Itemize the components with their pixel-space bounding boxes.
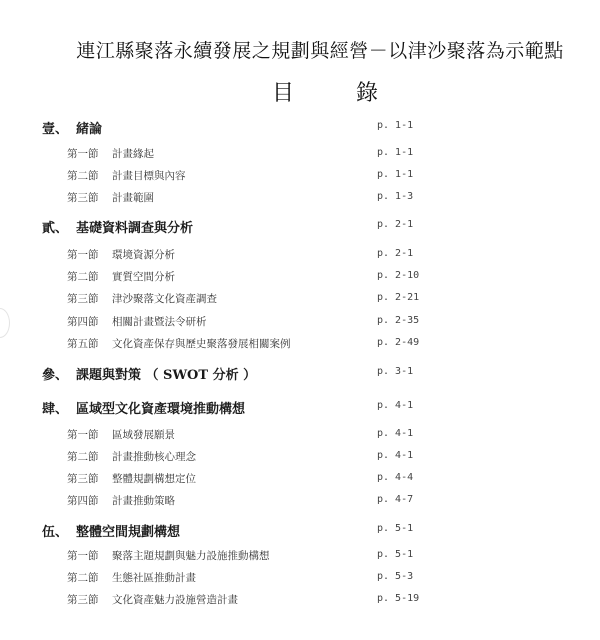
document-title: 連江縣聚落永續發展之規劃與經營－以津沙聚落為示範點 [0,36,600,63]
section-number: 第一節 [67,146,99,161]
toc-heading-char-1: 目 [272,76,294,107]
section-title: 計畫目標與內容 [112,168,186,183]
page-number: p. 2-1 [377,248,413,259]
section-title: 計畫推動核心理念 [112,449,196,464]
toc-section-entry: 第三節津沙聚落文化資產調查p. 2-21 [0,291,600,311]
toc-section-entry: 第一節區域發展願景p. 4-1 [0,427,600,447]
chapter-title: 課題與對策 （ SWOT 分析 ） [76,364,256,383]
page-number: p. 4-1 [377,400,413,411]
toc-section-entry: 第一節環境資源分析p. 2-1 [0,247,600,267]
section-number: 第四節 [67,493,99,508]
page-number: p. 2-1 [377,219,413,230]
section-title: 相關計畫暨法令研析 [112,314,207,329]
page-number: p. 2-21 [377,292,419,303]
section-number: 第三節 [67,291,99,306]
chapter-number: 伍、 [42,521,68,540]
toc-section-entry: 第三節計畫範圍p. 1-3 [0,190,600,210]
toc-heading-char-2: 錄 [356,76,378,107]
page-number: p. 1-1 [377,120,413,131]
section-title: 計畫範圍 [112,190,154,205]
section-number: 第二節 [67,168,99,183]
page-number: p. 1-1 [377,147,413,158]
section-number: 第一節 [67,548,99,563]
section-number: 第二節 [67,449,99,464]
chapter-number: 貳、 [42,217,68,236]
toc-section-entry: 第二節計畫推動核心理念p. 4-1 [0,449,600,469]
toc-section-entry: 第三節整體規劃構想定位p. 4-4 [0,471,600,491]
toc-chapter-entry: 參、課題與對策 （ SWOT 分析 ）p. 3-1 [0,364,600,384]
toc-section-entry: 第一節聚落主題規劃與魅力設施推動構想p. 5-1 [0,548,600,568]
toc-section-entry: 第四節計畫推動策略p. 4-7 [0,493,600,513]
toc-section-entry: 第二節實質空間分析p. 2-10 [0,269,600,289]
toc-chapter-entry: 貳、基礎資料調查與分析p. 2-1 [0,217,600,237]
section-title: 津沙聚落文化資產調查 [112,291,217,306]
section-title: 生態社區推動計畫 [112,570,196,585]
section-title: 文化資產保存與歷史聚落發展相關案例 [112,336,291,351]
page-number: p. 5-1 [377,549,413,560]
section-number: 第二節 [67,570,99,585]
page-number: p. 5-3 [377,571,413,582]
chapter-title: 緒論 [76,118,102,137]
page-number: p. 4-7 [377,494,413,505]
toc-section-entry: 第二節計畫目標與內容p. 1-1 [0,168,600,188]
chapter-number: 參、 [42,364,68,383]
page-number: p. 5-1 [377,523,413,534]
section-number: 第五節 [67,336,99,351]
page-number: p. 5-19 [377,593,419,604]
section-number: 第一節 [67,427,99,442]
toc-chapter-entry: 肆、區域型文化資產環境推動構想p. 4-1 [0,398,600,418]
section-number: 第四節 [67,314,99,329]
section-number: 第一節 [67,247,99,262]
toc-section-entry: 第四節相關計畫暨法令研析p. 2-35 [0,314,600,334]
toc-section-entry: 第二節生態社區推動計畫p. 5-3 [0,570,600,590]
section-number: 第三節 [67,471,99,486]
toc-section-entry: 第三節文化資產魅力設施營造計畫p. 5-19 [0,592,600,612]
chapter-number: 壹、 [42,118,68,137]
page-number: p. 2-49 [377,337,419,348]
toc-section-entry: 第五節文化資產保存與歷史聚落發展相關案例p. 2-49 [0,336,600,356]
chapter-title: 整體空間規劃構想 [76,521,180,540]
section-number: 第三節 [67,592,99,607]
chapter-title: 區域型文化資產環境推動構想 [76,398,245,417]
page-number: p. 2-35 [377,315,419,326]
section-number: 第三節 [67,190,99,205]
section-title: 區域發展願景 [112,427,175,442]
section-title: 實質空間分析 [112,269,175,284]
toc-heading: 目錄 [0,76,600,107]
section-title: 聚落主題規劃與魅力設施推動構想 [112,548,270,563]
chapter-title: 基礎資料調查與分析 [76,217,193,236]
section-number: 第二節 [67,269,99,284]
page-number: p. 1-1 [377,169,413,180]
chapter-number: 肆、 [42,398,68,417]
section-title: 計畫推動策略 [112,493,175,508]
toc-chapter-entry: 壹、緒論p. 1-1 [0,118,600,138]
page-number: p. 4-1 [377,450,413,461]
section-title: 整體規劃構想定位 [112,471,196,486]
page-number: p. 3-1 [377,366,413,377]
toc-section-entry: 第一節計畫緣起p. 1-1 [0,146,600,166]
page-number: p. 4-1 [377,428,413,439]
page-number: p. 4-4 [377,472,413,483]
section-title: 環境資源分析 [112,247,175,262]
section-title: 文化資產魅力設施營造計畫 [112,592,238,607]
page-number: p. 2-10 [377,270,419,281]
page-number: p. 1-3 [377,191,413,202]
toc-chapter-entry: 伍、整體空間規劃構想p. 5-1 [0,521,600,541]
section-title: 計畫緣起 [112,146,154,161]
